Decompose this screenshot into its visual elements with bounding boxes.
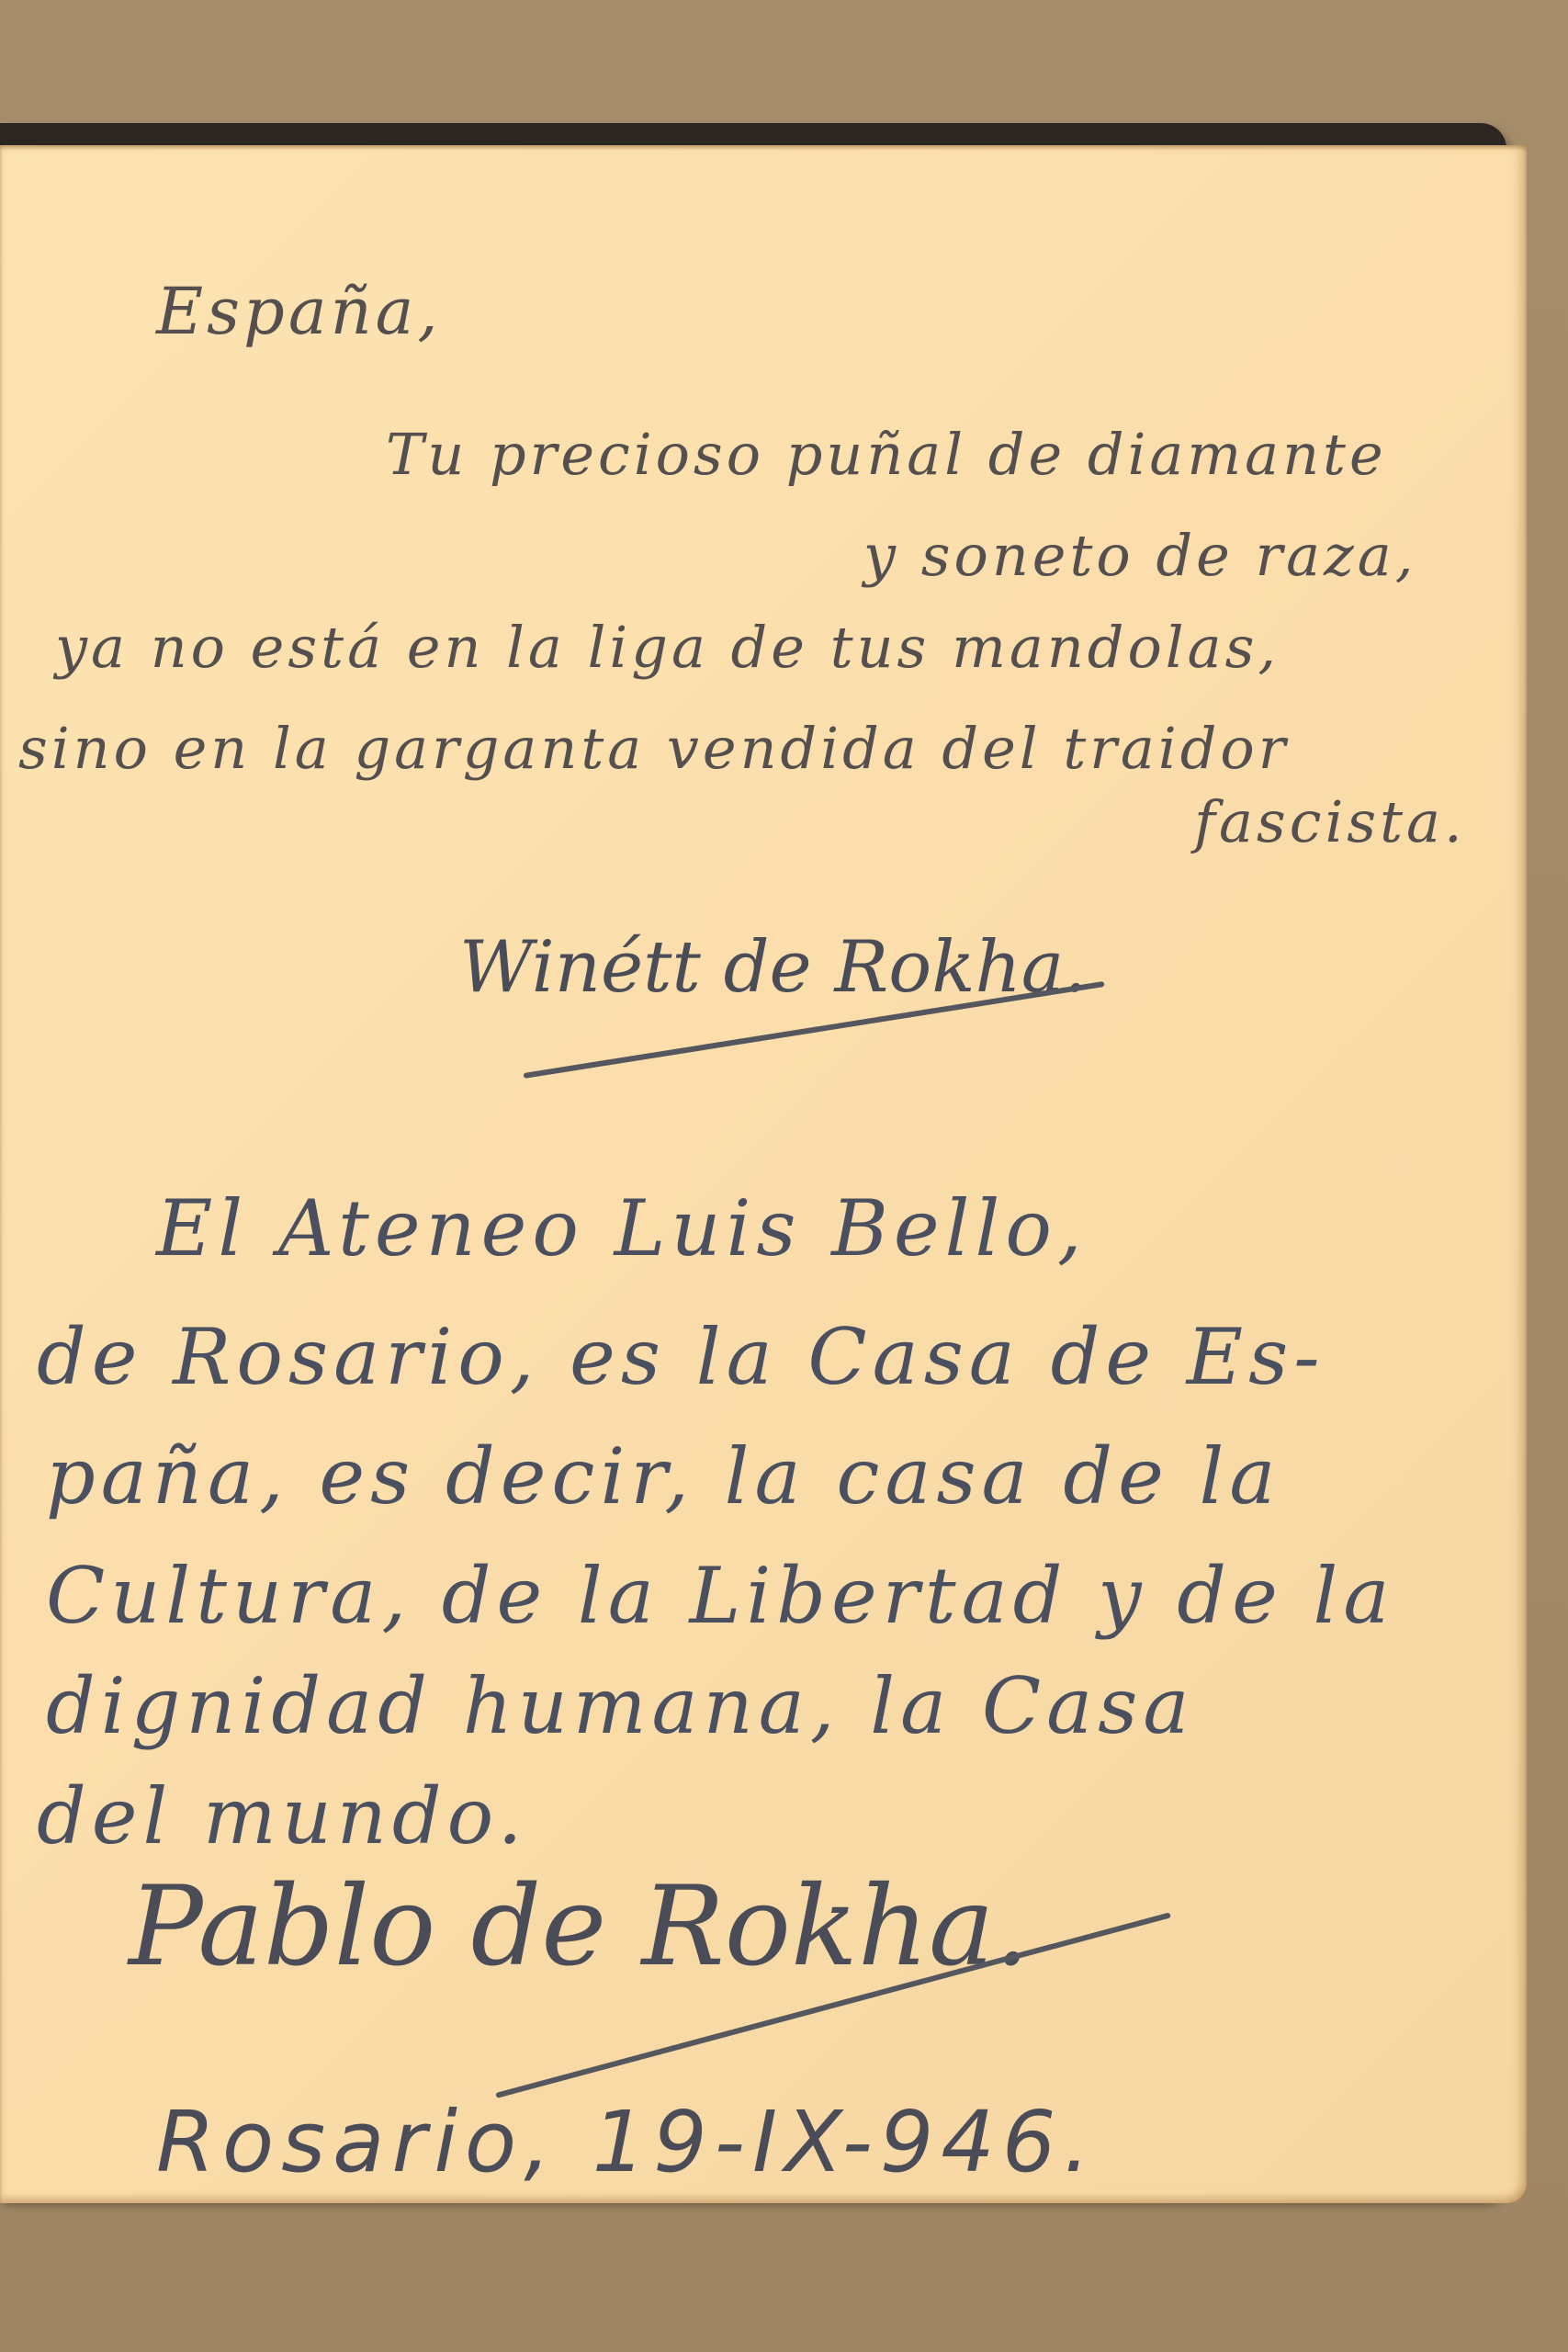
poem-line: Tu precioso puñal de diamante <box>386 421 1387 488</box>
poem-line: fascista. <box>1194 788 1466 855</box>
dedication-line: de Rosario, es la Casa de Es- <box>37 1312 1325 1402</box>
signature-pablo-de-rokha: Pablo de Rokha. <box>129 1863 1030 1991</box>
dedication-line: Cultura, de la Libertad y de la <box>46 1551 1394 1641</box>
place-date: Rosario, 19-IX-946. <box>156 2093 1098 2191</box>
dedication-line: paña, es decir, la casa de la <box>46 1431 1280 1521</box>
signature-winett-de-rokha: Winétt de Rokha. <box>459 926 1087 1009</box>
poem-line: ya no está en la liga de tus mandolas, <box>55 614 1280 681</box>
dedication-line: El Ateneo Luis Bello, <box>156 1183 1088 1273</box>
dedication-line: dignidad humana, la Casa <box>46 1661 1194 1751</box>
poem-salutation: España, <box>156 274 442 349</box>
guestbook-page: España, Tu precioso puñal de diamante y … <box>0 145 1527 2203</box>
dedication-line: del mundo. <box>37 1771 527 1861</box>
poem-line: sino en la garganta vendida del traidor <box>18 715 1289 782</box>
poem-line: y soneto de raza, <box>863 522 1416 589</box>
